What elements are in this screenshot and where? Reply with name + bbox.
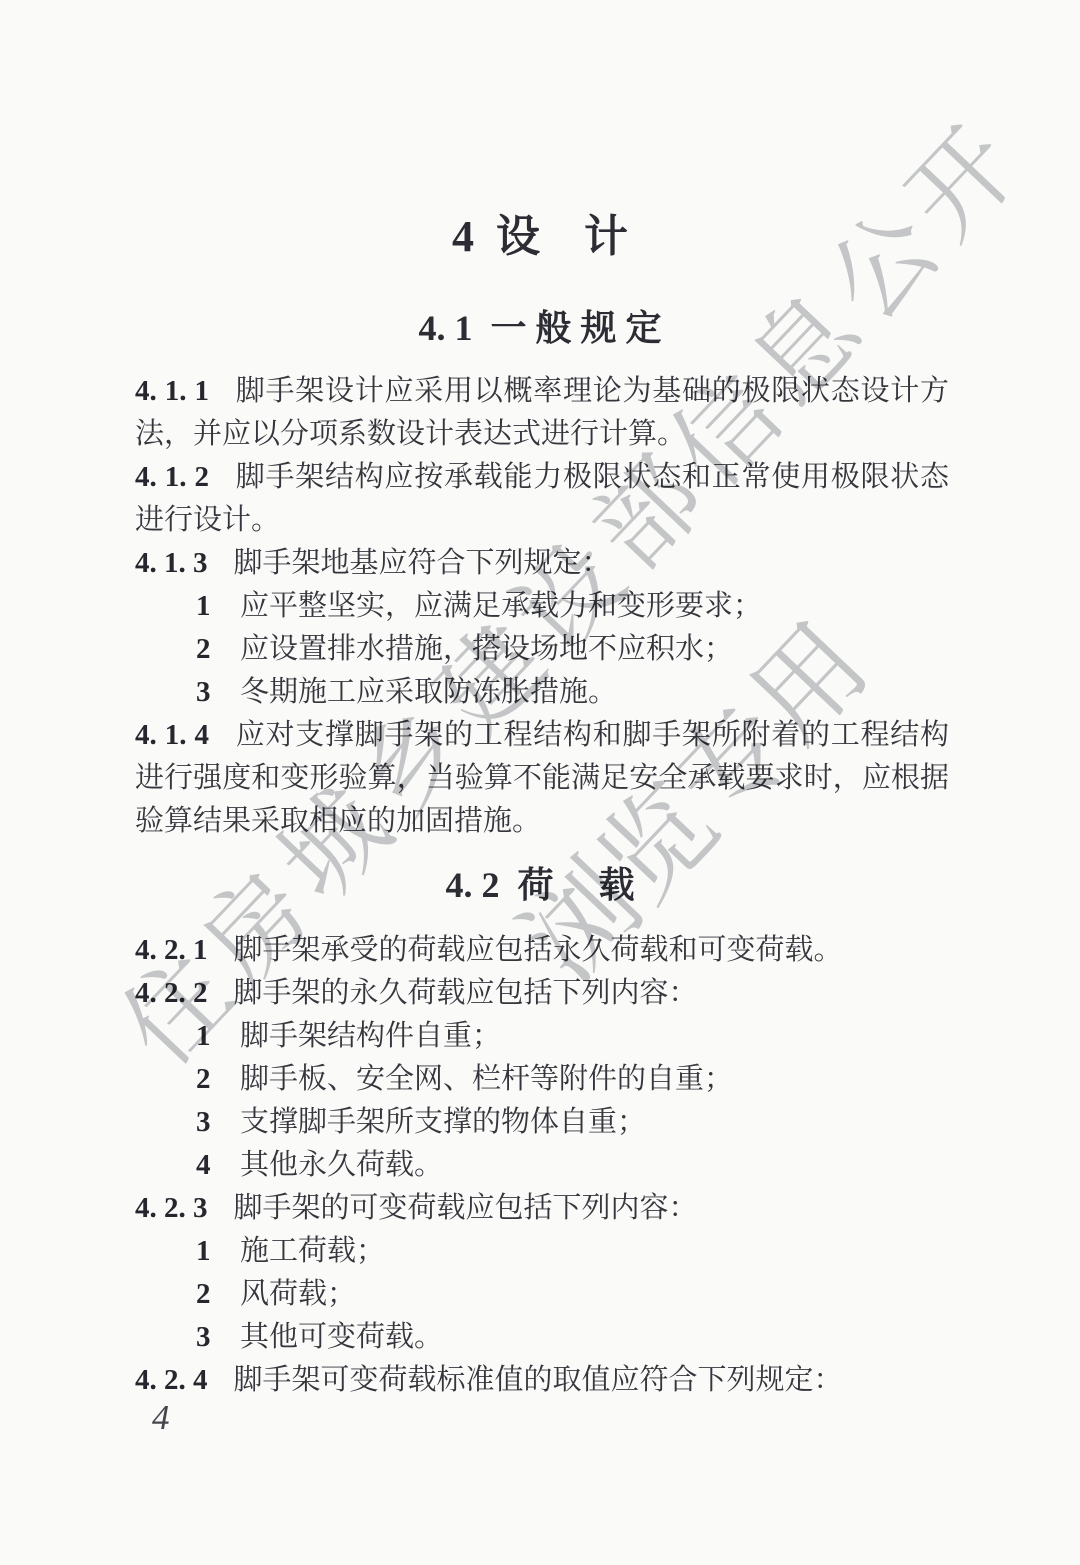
section-4-1-body: 4. 1. 1脚手架设计应采用以概率理论为基础的极限状态设计方法，并应以分项系数… bbox=[135, 370, 949, 843]
clause-text: 脚手架结构应按承载能力极限状态和正常使用极限状态进行设计。 bbox=[135, 461, 949, 536]
item-text: 风荷载； bbox=[240, 1278, 356, 1310]
item-number: 1 bbox=[196, 1230, 240, 1273]
item-text: 其他永久荷载。 bbox=[240, 1149, 443, 1181]
item-text: 应设置排水措施，搭设场地不应积水； bbox=[240, 633, 733, 665]
item-number: 1 bbox=[196, 585, 240, 628]
item-number: 4 bbox=[196, 1144, 240, 1187]
clause-text: 脚手架的永久荷载应包括下列内容： bbox=[234, 977, 698, 1009]
item-number: 3 bbox=[196, 1316, 240, 1359]
item-number: 2 bbox=[196, 1273, 240, 1316]
item-number: 1 bbox=[196, 1015, 240, 1058]
clause-number: 4. 2. 2 bbox=[135, 977, 208, 1009]
clause-text: 脚手架承受的荷载应包括永久荷载和可变荷载。 bbox=[234, 934, 843, 966]
section-4-2-body: 4. 2. 1脚手架承受的荷载应包括永久荷载和可变荷载。 4. 2. 2脚手架的… bbox=[135, 929, 949, 1402]
item-text: 冬期施工应采取防冻胀措施。 bbox=[240, 676, 617, 708]
section-4-1-heading: 4. 1 一 般 规 定 bbox=[0, 306, 1080, 350]
clause-number: 4. 1. 4 bbox=[135, 719, 209, 751]
page-number: 4 bbox=[152, 1398, 170, 1438]
item-number: 3 bbox=[196, 1101, 240, 1144]
list-item: 1施工荷载； bbox=[135, 1230, 949, 1273]
item-text: 应平整坚实，应满足承载力和变形要求； bbox=[240, 590, 762, 622]
item-number: 3 bbox=[196, 671, 240, 714]
clause-text: 应对支撑脚手架的工程结构和脚手架所附着的工程结构进行强度和变形验算，当验算不能满… bbox=[135, 719, 949, 837]
item-number: 2 bbox=[196, 1058, 240, 1101]
clause-number: 4. 2. 4 bbox=[135, 1364, 208, 1396]
clause-text: 脚手架设计应采用以概率理论为基础的极限状态设计方法，并应以分项系数设计表达式进行… bbox=[135, 375, 949, 450]
list-item: 2脚手板、安全网、栏杆等附件的自重； bbox=[135, 1058, 949, 1101]
clause-text: 脚手架地基应符合下列规定： bbox=[234, 547, 611, 579]
clause-4-1-2: 4. 1. 2脚手架结构应按承载能力极限状态和正常使用极限状态进行设计。 bbox=[135, 456, 949, 542]
clause-4-1-1: 4. 1. 1脚手架设计应采用以概率理论为基础的极限状态设计方法，并应以分项系数… bbox=[135, 370, 949, 456]
list-item: 4其他永久荷载。 bbox=[135, 1144, 949, 1187]
list-item: 3其他可变荷载。 bbox=[135, 1316, 949, 1359]
clause-number: 4. 2. 1 bbox=[135, 934, 208, 966]
document-page: 住房城乡建设部信息公开 浏览专用 4 设 计 4. 1 一 般 规 定 4. 1… bbox=[0, 0, 1080, 1565]
clause-4-1-3: 4. 1. 3脚手架地基应符合下列规定： bbox=[135, 542, 949, 585]
item-text: 支撑脚手架所支撑的物体自重； bbox=[240, 1106, 646, 1138]
item-number: 2 bbox=[196, 628, 240, 671]
item-text: 施工荷载； bbox=[240, 1235, 385, 1267]
chapter-title: 4 设 计 bbox=[0, 214, 1080, 260]
clause-4-1-4: 4. 1. 4应对支撑脚手架的工程结构和脚手架所附着的工程结构进行强度和变形验算… bbox=[135, 714, 949, 843]
clause-number: 4. 1. 3 bbox=[135, 547, 208, 579]
clause-4-2-3: 4. 2. 3脚手架的可变荷载应包括下列内容： bbox=[135, 1187, 949, 1230]
clause-4-2-4: 4. 2. 4脚手架可变荷载标准值的取值应符合下列规定： bbox=[135, 1359, 949, 1402]
clause-4-2-2: 4. 2. 2脚手架的永久荷载应包括下列内容： bbox=[135, 972, 949, 1015]
item-text: 脚手架结构件自重； bbox=[240, 1020, 501, 1052]
clause-number: 4. 1. 1 bbox=[135, 375, 209, 407]
list-item: 1脚手架结构件自重； bbox=[135, 1015, 949, 1058]
clause-4-2-1: 4. 2. 1脚手架承受的荷载应包括永久荷载和可变荷载。 bbox=[135, 929, 949, 972]
clause-number: 4. 2. 3 bbox=[135, 1192, 208, 1224]
section-4-2-heading: 4. 2 荷 载 bbox=[0, 863, 1080, 907]
item-text: 其他可变荷载。 bbox=[240, 1321, 443, 1353]
item-text: 脚手板、安全网、栏杆等附件的自重； bbox=[240, 1063, 733, 1095]
list-item: 2应设置排水措施，搭设场地不应积水； bbox=[135, 628, 949, 671]
clause-text: 脚手架的可变荷载应包括下列内容： bbox=[234, 1192, 698, 1224]
clause-number: 4. 1. 2 bbox=[135, 461, 209, 493]
clause-text: 脚手架可变荷载标准值的取值应符合下列规定： bbox=[234, 1364, 843, 1396]
list-item: 2风荷载； bbox=[135, 1273, 949, 1316]
list-item: 3支撑脚手架所支撑的物体自重； bbox=[135, 1101, 949, 1144]
list-item: 1应平整坚实，应满足承载力和变形要求； bbox=[135, 585, 949, 628]
list-item: 3冬期施工应采取防冻胀措施。 bbox=[135, 671, 949, 714]
